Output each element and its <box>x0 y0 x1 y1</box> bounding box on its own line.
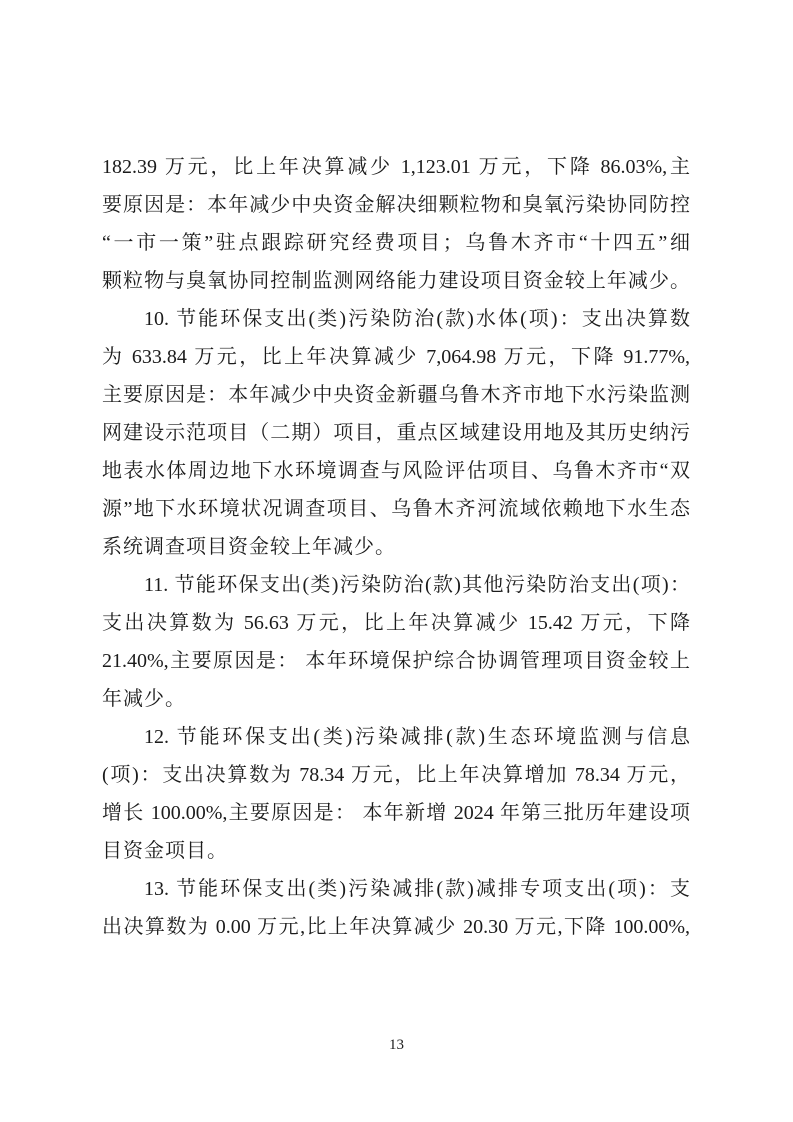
text-line: 网建设示范项目（二期）项目，重点区域建设用地及其历史纳污 <box>102 414 690 452</box>
text-line: 源”地下水环境状况调查项目、乌鲁木齐河流域依赖地下水生态 <box>102 490 690 528</box>
document-page: 182.39 万元，比上年决算减少 1,123.01 万元，下降 86.03%,… <box>0 0 793 1122</box>
text-line: 10. 节能环保支出(类)污染防治(款)水体(项)：支出决算数 <box>102 300 690 338</box>
text-line: 主要原因是：本年减少中央资金新疆乌鲁木齐市地下水污染监测 <box>102 376 690 414</box>
paragraph-continuation: 182.39 万元，比上年决算减少 1,123.01 万元，下降 86.03%,… <box>102 148 690 300</box>
page-number: 13 <box>0 1036 793 1054</box>
text-line: 21.40%,主要原因是： 本年环境保护综合协调管理项目资金较上 <box>102 642 690 680</box>
text-line: 要原因是：本年减少中央资金解决细颗粒物和臭氧污染协同防控 <box>102 186 690 224</box>
paragraph-item-13: 13. 节能环保支出(类)污染减排(款)减排专项支出(项)：支 出决算数为 0.… <box>102 870 690 946</box>
text-line: 11. 节能环保支出(类)污染防治(款)其他污染防治支出(项)： <box>102 566 690 604</box>
text-line: 年减少。 <box>102 680 690 718</box>
text-line: 为 633.84 万元，比上年决算减少 7,064.98 万元，下降 91.77… <box>102 338 690 376</box>
text-line: 系统调查项目资金较上年减少。 <box>102 528 690 566</box>
text-line: “一市一策”驻点跟踪研究经费项目；乌鲁木齐市“十四五”细 <box>102 224 690 262</box>
text-line: 颗粒物与臭氧协同控制监测网络能力建设项目资金较上年减少。 <box>102 262 690 300</box>
text-line: (项)：支出决算数为 78.34 万元，比上年决算增加 78.34 万元， <box>102 756 690 794</box>
text-line: 地表水体周边地下水环境调查与风险评估项目、乌鲁木齐市“双 <box>102 452 690 490</box>
text-line: 目资金项目。 <box>102 832 690 870</box>
text-line: 支出决算数为 56.63 万元，比上年决算减少 15.42 万元，下降 <box>102 604 690 642</box>
paragraph-item-11: 11. 节能环保支出(类)污染防治(款)其他污染防治支出(项)： 支出决算数为 … <box>102 566 690 718</box>
text-line: 出决算数为 0.00 万元,比上年决算减少 20.30 万元,下降 100.00… <box>102 908 690 946</box>
text-line: 12. 节能环保支出(类)污染减排(款)生态环境监测与信息 <box>102 718 690 756</box>
text-line: 13. 节能环保支出(类)污染减排(款)减排专项支出(项)：支 <box>102 870 690 908</box>
paragraph-item-10: 10. 节能环保支出(类)污染防治(款)水体(项)：支出决算数 为 633.84… <box>102 300 690 566</box>
text-line: 增长 100.00%,主要原因是： 本年新增 2024 年第三批历年建设项 <box>102 794 690 832</box>
paragraph-item-12: 12. 节能环保支出(类)污染减排(款)生态环境监测与信息 (项)：支出决算数为… <box>102 718 690 870</box>
document-body: 182.39 万元，比上年决算减少 1,123.01 万元，下降 86.03%,… <box>102 148 690 946</box>
text-line: 182.39 万元，比上年决算减少 1,123.01 万元，下降 86.03%,… <box>102 148 690 186</box>
